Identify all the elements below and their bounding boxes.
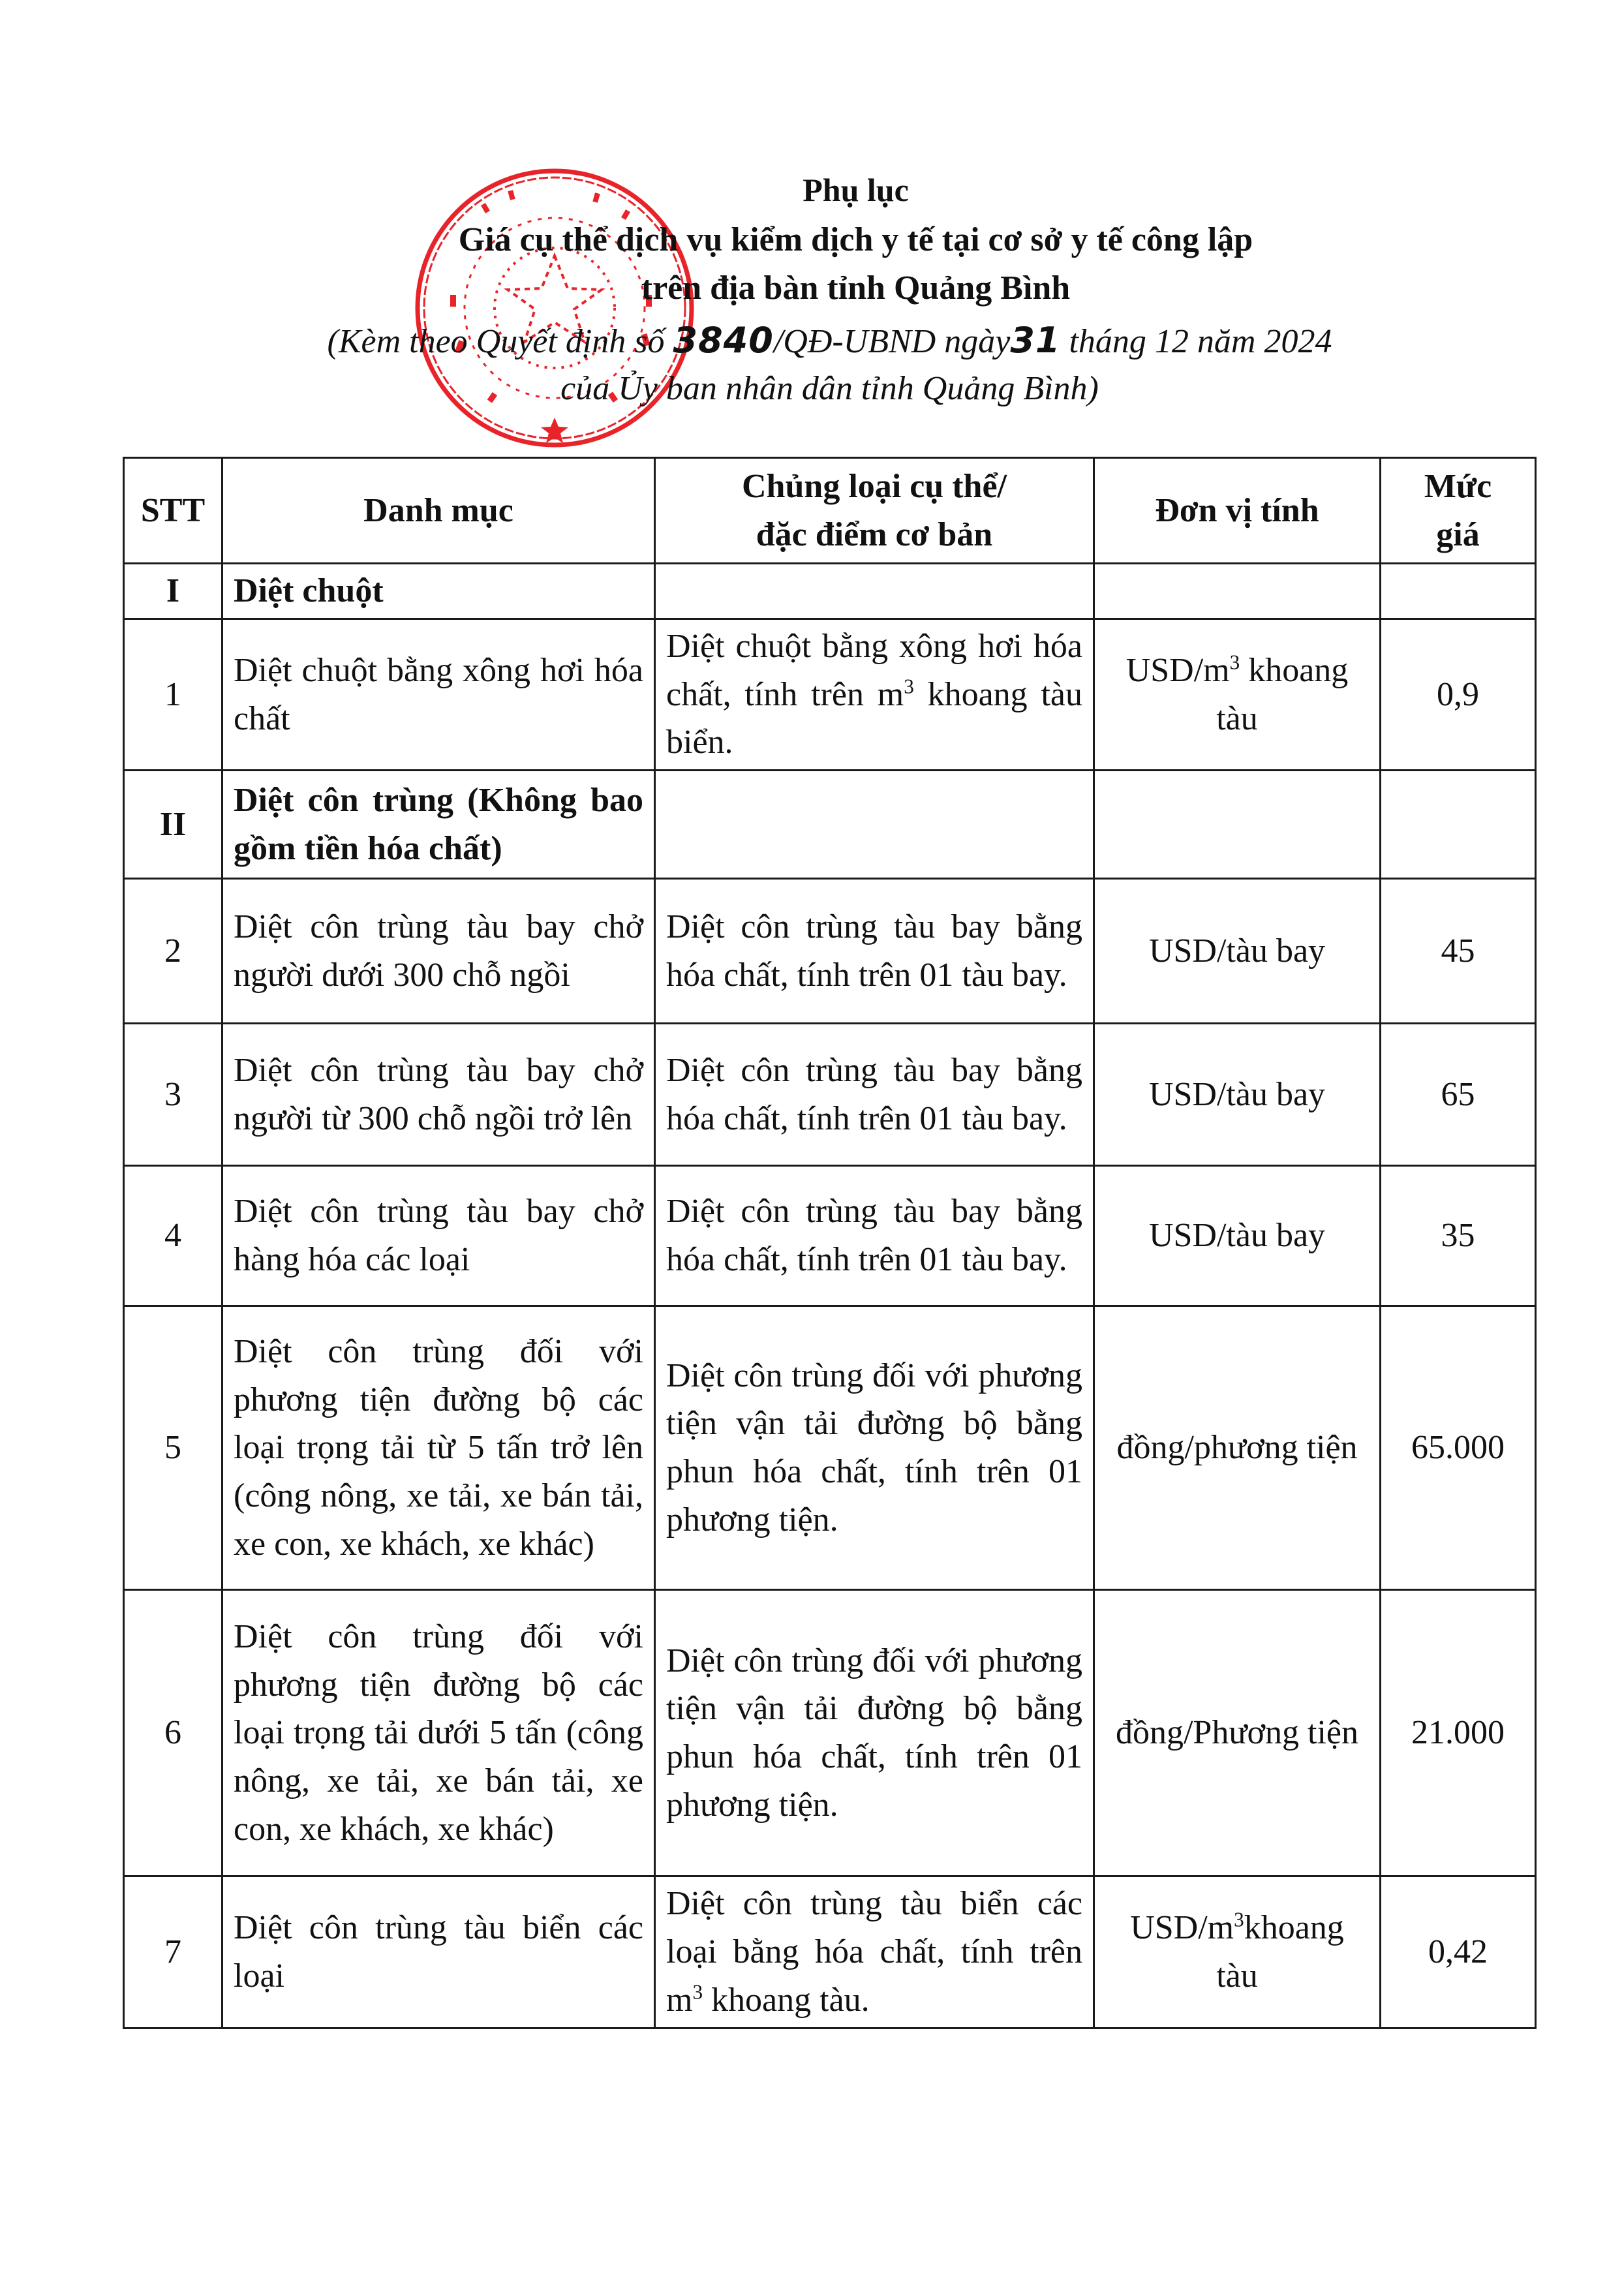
spec-text-end: khoang tàu. — [703, 1982, 870, 2019]
reference-suffix: tháng 12 năm 2024 — [1060, 323, 1332, 360]
price-table: STT Danh mục Chủng loại cụ thể/ đặc điểm… — [123, 457, 1537, 2029]
category-cell: Diệt côn trùng đối với phương tiện đường… — [222, 1306, 655, 1590]
appendix-title: Phụ lục — [52, 171, 1607, 209]
decision-reference: (Kèm theo Quyết định số 3840/QĐ-UBND ngà… — [26, 320, 1607, 361]
unit-cell — [1094, 771, 1381, 879]
category-cell: Diệt chuột bằng xông hơi hóa chất — [222, 619, 655, 770]
unit-text: USD/m — [1126, 652, 1230, 689]
decision-issuer: của Ủy ban nhân dân tỉnh Quảng Bình) — [26, 369, 1607, 408]
spec-cell: Diệt côn trùng tàu bay bằng hóa chất, tí… — [655, 1024, 1094, 1166]
spec-header-line2: đặc điểm cơ bản — [756, 516, 992, 553]
unit-cell: đồng/phương tiện — [1094, 1306, 1381, 1590]
document-subtitle-line1: Giá cụ thể dịch vụ kiểm dịch y tế tại cơ… — [52, 221, 1607, 259]
price-cell: 21.000 — [1381, 1590, 1536, 1876]
column-header-category: Danh mục — [222, 458, 655, 564]
spec-cell: Diệt côn trùng tàu bay bằng hóa chất, tí… — [655, 1166, 1094, 1306]
category-cell: Diệt côn trùng tàu bay chở người từ 300 … — [222, 1024, 655, 1166]
price-cell — [1381, 771, 1536, 879]
unit-cell: đồng/Phương tiện — [1094, 1590, 1381, 1876]
reference-middle: /QĐ-UBND ngày — [774, 323, 1011, 360]
unit-cell: USD/tàu bay — [1094, 1166, 1381, 1306]
spec-cell: Diệt côn trùng tàu bay bằng hóa chất, tí… — [655, 879, 1094, 1024]
category-cell: Diệt chuột — [222, 564, 655, 619]
spec-cell — [655, 564, 1094, 619]
reference-prefix: (Kèm theo Quyết định số — [328, 323, 673, 360]
price-cell: 65.000 — [1381, 1306, 1536, 1590]
stt-cell: 4 — [124, 1166, 222, 1306]
unit-cell — [1094, 564, 1381, 619]
table-row: 2 Diệt côn trùng tàu bay chở người dưới … — [124, 879, 1536, 1024]
superscript: 3 — [692, 1981, 703, 2004]
unit-cell: USD/tàu bay — [1094, 879, 1381, 1024]
spec-header-line1: Chủng loại cụ thể/ — [742, 468, 1007, 505]
spec-cell: Diệt côn trùng đối với phương tiện vận t… — [655, 1306, 1094, 1590]
unit-cell: USD/m3 khoang tàu — [1094, 619, 1381, 770]
column-header-price: Mức giá — [1381, 458, 1536, 564]
stt-cell: I — [124, 564, 222, 619]
decision-day-handwritten: 31 — [1010, 320, 1060, 361]
category-cell: Diệt côn trùng đối với phương tiện đường… — [222, 1590, 655, 1876]
stt-cell: 1 — [124, 619, 222, 770]
stt-cell: II — [124, 771, 222, 879]
price-cell: 65 — [1381, 1024, 1536, 1166]
unit-cell: USD/tàu bay — [1094, 1024, 1381, 1166]
section-row: I Diệt chuột — [124, 564, 1536, 619]
price-cell: 0,9 — [1381, 619, 1536, 770]
stt-cell: 3 — [124, 1024, 222, 1166]
table-row: 7 Diệt côn trùng tàu biển các loại Diệt … — [124, 1876, 1536, 2028]
superscript: 3 — [1234, 1908, 1244, 1931]
price-header-line2: giá — [1436, 516, 1479, 553]
category-cell: Diệt côn trùng tàu bay chở hàng hóa các … — [222, 1166, 655, 1306]
section-row: II Diệt côn trùng (Không bao gồm tiền hó… — [124, 771, 1536, 879]
table-row: 1 Diệt chuột bằng xông hơi hóa chất Diệt… — [124, 619, 1536, 770]
superscript: 3 — [904, 675, 914, 697]
stt-cell: 7 — [124, 1876, 222, 2028]
column-header-unit: Đơn vị tính — [1094, 458, 1381, 564]
price-cell: 45 — [1381, 879, 1536, 1024]
spec-cell: Diệt côn trùng đối với phương tiện vận t… — [655, 1590, 1094, 1876]
table-row: 6 Diệt côn trùng đối với phương tiện đườ… — [124, 1590, 1536, 1876]
category-cell: Diệt côn trùng (Không bao gồm tiền hóa c… — [222, 771, 655, 879]
superscript: 3 — [1230, 651, 1240, 673]
price-cell: 35 — [1381, 1166, 1536, 1306]
category-cell: Diệt côn trùng tàu bay chở người dưới 30… — [222, 879, 655, 1024]
unit-text: USD/m — [1130, 1909, 1234, 1946]
spec-cell: Diệt chuột bằng xông hơi hóa chất, tính … — [655, 619, 1094, 770]
category-cell: Diệt côn trùng tàu biển các loại — [222, 1876, 655, 2028]
spec-cell: Diệt côn trùng tàu biển các loại bằng hó… — [655, 1876, 1094, 2028]
table-header-row: STT Danh mục Chủng loại cụ thể/ đặc điểm… — [124, 458, 1536, 564]
table-row: 3 Diệt côn trùng tàu bay chở người từ 30… — [124, 1024, 1536, 1166]
stt-cell: 6 — [124, 1590, 222, 1876]
column-header-specification: Chủng loại cụ thể/ đặc điểm cơ bản — [655, 458, 1094, 564]
stt-cell: 5 — [124, 1306, 222, 1590]
table-row: 5 Diệt côn trùng đối với phương tiện đườ… — [124, 1306, 1536, 1590]
table-row: 4 Diệt côn trùng tàu bay chở hàng hóa cá… — [124, 1166, 1536, 1306]
spec-cell — [655, 771, 1094, 879]
price-cell: 0,42 — [1381, 1876, 1536, 2028]
unit-cell: USD/m3khoang tàu — [1094, 1876, 1381, 2028]
decision-number-handwritten: 3840 — [673, 320, 774, 361]
price-header-line1: Mức — [1424, 468, 1492, 505]
stt-cell: 2 — [124, 879, 222, 1024]
price-cell — [1381, 564, 1536, 619]
column-header-stt: STT — [124, 458, 222, 564]
document-subtitle-line2: trên địa bàn tỉnh Quảng Bình — [52, 269, 1607, 307]
